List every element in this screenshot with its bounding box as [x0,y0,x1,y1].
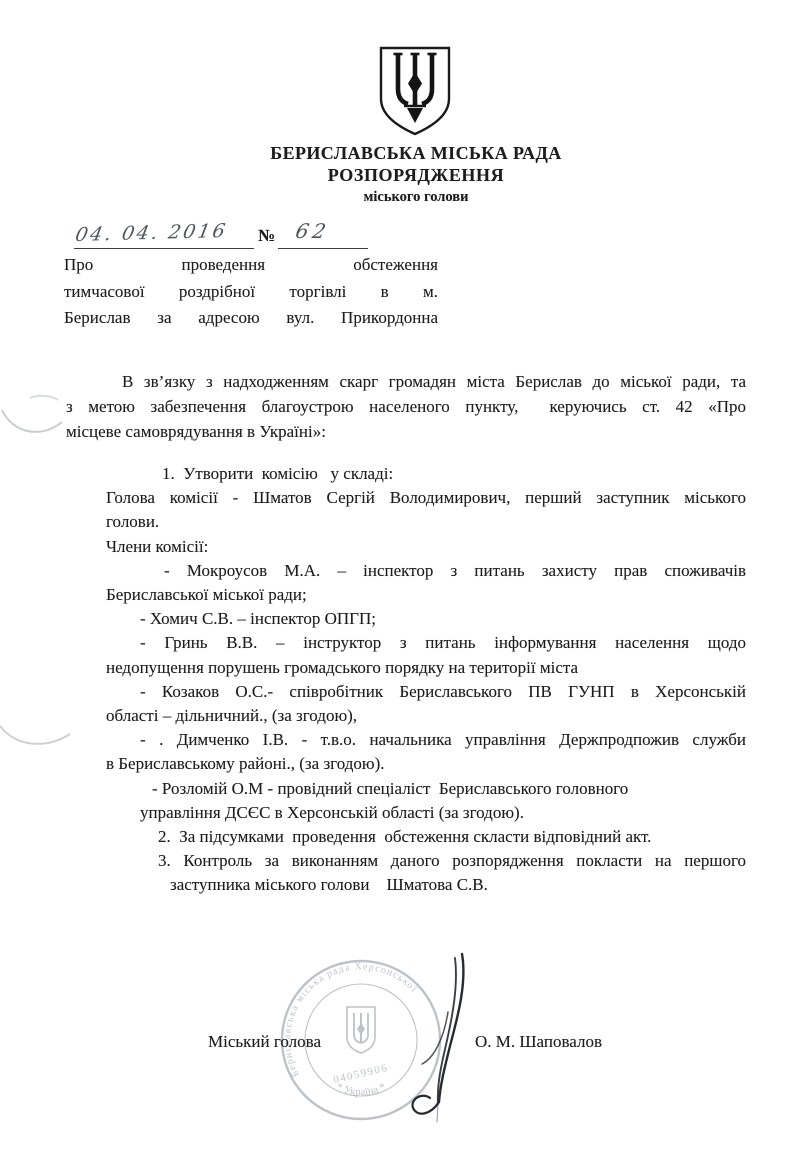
handwritten-date: 04. 04. 2016 [74,220,230,246]
document-line: - Розломій О.М - провідний спеціаліст Бе… [106,777,746,801]
date-underline [74,248,254,249]
document-line: в Бериславському районі., (за згодою). [106,752,746,776]
date-number-row: 04. 04. 2016 № 62 [74,221,384,255]
document-line: 3. Контроль за виконанням даного розпоря… [106,849,746,873]
document-line: - Мокроусов М.А. – інспектор з питань за… [106,559,746,583]
document-line: - Хомич С.В. – інспектор ОПГП; [106,607,746,631]
document-line: недопущення порушень громадського порядк… [106,656,746,680]
signatory-position: Міський голова [208,1032,321,1052]
intro-line: В зв’язку з надходженням скарг громадян … [66,370,746,395]
number-sign: № [258,226,275,246]
document-line: 2. За підсумками проведення обстеження с… [106,825,746,849]
document-line: управління ДСЄС в Херсонській області (з… [106,801,746,825]
handwritten-number: 62 [293,219,332,243]
document-line: - . Димченко І.В. - т.в.о. начальника уп… [106,728,746,752]
number-underline [278,248,368,249]
scanned-document-page: БЕРИСЛАВСЬКА МІСЬКА РАДА РОЗПОРЯДЖЕННЯ м… [0,0,800,1161]
document-line: 1. Утворити комісію у складі: [106,462,746,486]
subject-line: Про проведення обстеження [64,252,438,279]
scan-artifact [0,392,90,444]
document-line: заступника міського голови Шматова С.В. [106,873,746,897]
resolution-body: 1. Утворити комісію у складі: Голова ком… [106,462,746,898]
intro-line: місцеве самоврядування в Україні»: [66,420,746,445]
document-header: БЕРИСЛАВСЬКА МІСЬКА РАДА РОЗПОРЯДЖЕННЯ м… [16,142,800,207]
document-line: голови. [106,510,746,534]
organization-name: БЕРИСЛАВСЬКА МІСЬКА РАДА [16,142,800,164]
intro-paragraph: В зв’язку з надходженням скарг громадян … [66,370,746,444]
document-line: Бериславської міської ради; [106,583,746,607]
document-line: Голова комісії - Шматов Сергій Володимир… [106,486,746,510]
document-line: - Гринь В.В. – інструктор з питань інфор… [106,631,746,655]
subject-line: Берислав за адресою вул. Прикордонна [64,305,438,332]
intro-line: з метою забезпечення благоустрою населен… [66,395,746,420]
document-subtitle: міського голови [16,187,800,207]
document-type-title: РОЗПОРЯДЖЕННЯ [16,164,800,186]
document-line: - Козаков О.С.- співробітник Бериславськ… [106,680,746,704]
subject-block: Про проведення обстеження тимчасової роз… [64,252,438,332]
document-line: області – дільничний., (за згодою), [106,704,746,728]
ukraine-trident-emblem [374,45,456,137]
signatory-name: О. М. Шаповалов [475,1032,602,1052]
signature-scribble [398,946,484,1124]
document-line: Члени комісії: [106,535,746,559]
scan-artifact [0,716,80,756]
subject-line: тимчасової роздрібної торгівлі в м. [64,279,438,306]
